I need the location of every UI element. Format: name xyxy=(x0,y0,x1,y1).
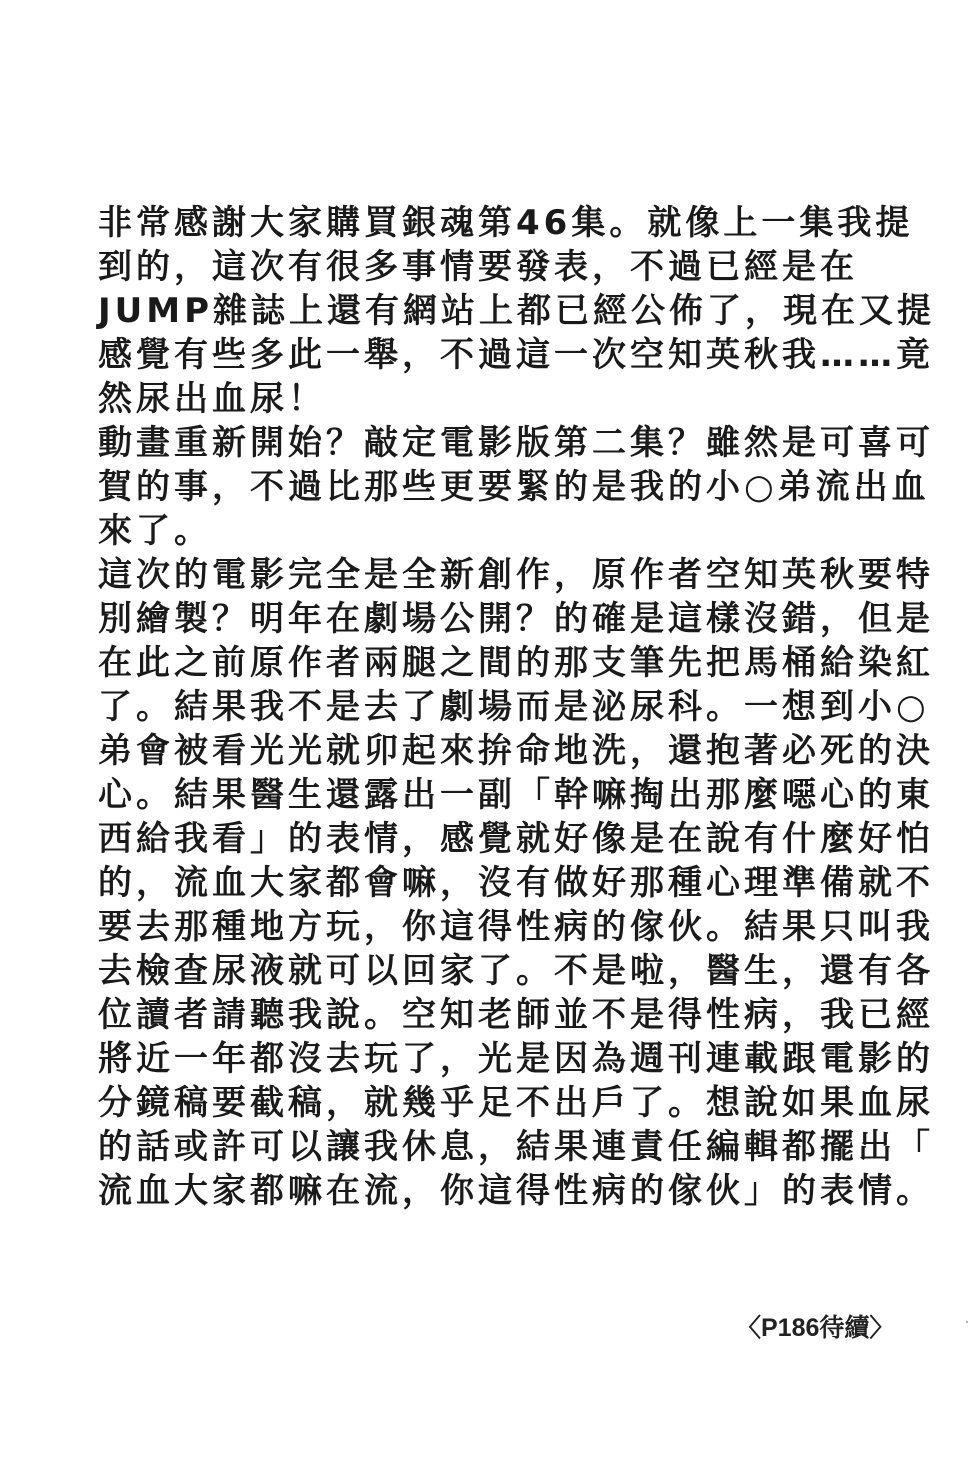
text-line: 賀的事，不過比那些更要緊的是我的小○弟流出血 xyxy=(98,465,918,509)
text-line: 心。結果醫生還露出一副「幹嘛掏出那麼噁心的東 xyxy=(98,773,918,817)
text-line: 來了。 xyxy=(98,509,918,553)
afterword-body: 非常感謝大家購買銀魂第46集。就像上一集我提 到的，這次有很多事情要發表，不過已… xyxy=(98,201,918,1213)
text-line: 將近一年都沒去玩了，光是因為週刊連載跟電影的 xyxy=(98,1037,918,1081)
text-line: 在此之前原作者兩腿之間的那支筆先把馬桶給染紅 xyxy=(98,641,918,685)
text-line: 然尿出血尿！ xyxy=(98,377,918,421)
text-line: 的，流血大家都會嘛，沒有做好那種心理準備就不 xyxy=(98,861,918,905)
text-line: 分鏡稿要截稿，就幾乎足不出戶了。想說如果血尿 xyxy=(98,1081,918,1125)
text-line: 動畫重新開始？敲定電影版第二集？雖然是可喜可 xyxy=(98,421,918,465)
manga-afterword-page: 非常感謝大家購買銀魂第46集。就像上一集我提 到的，這次有很多事情要發表，不過已… xyxy=(0,0,980,1474)
text-line: 去檢查尿液就可以回家了。不是啦，醫生，還有各 xyxy=(98,949,918,993)
text-line: 流血大家都嘛在流，你這得性病的傢伙」的表情。 xyxy=(98,1169,918,1213)
text-line: 到的，這次有很多事情要發表，不過已經是在 xyxy=(98,245,918,289)
text-line: 別繪製？明年在劇場公開？的確是這樣沒錯，但是 xyxy=(98,597,918,641)
continued-note: 〈P186待續〉 xyxy=(736,1308,894,1344)
text-line: 弟會被看光光就卯起來拚命地洗，還抱著必死的決 xyxy=(98,729,918,773)
text-line: 非常感謝大家購買銀魂第46集。就像上一集我提 xyxy=(98,201,918,245)
text-line: JUMP雜誌上還有網站上都已經公佈了，現在又提 xyxy=(98,289,918,333)
text-line: 要去那種地方玩，你這得性病的傢伙。結果只叫我 xyxy=(98,905,918,949)
text-line: 感覺有些多此一舉，不過這一次空知英秋我……竟 xyxy=(98,333,918,377)
text-line: 西給我看」的表情，感覺就好像是在說有什麼好怕 xyxy=(98,817,918,861)
text-line: 了。結果我不是去了劇場而是泌尿科。一想到小○ xyxy=(98,685,918,729)
text-line: 這次的電影完全是全新創作，原作者空知英秋要特 xyxy=(98,553,918,597)
text-line: 的話或許可以讓我休息，結果連責任編輯都擺出「 xyxy=(98,1125,918,1169)
text-line: 位讀者請聽我說。空知老師並不是得性病，我已經 xyxy=(98,993,918,1037)
scan-speck xyxy=(966,1321,968,1323)
